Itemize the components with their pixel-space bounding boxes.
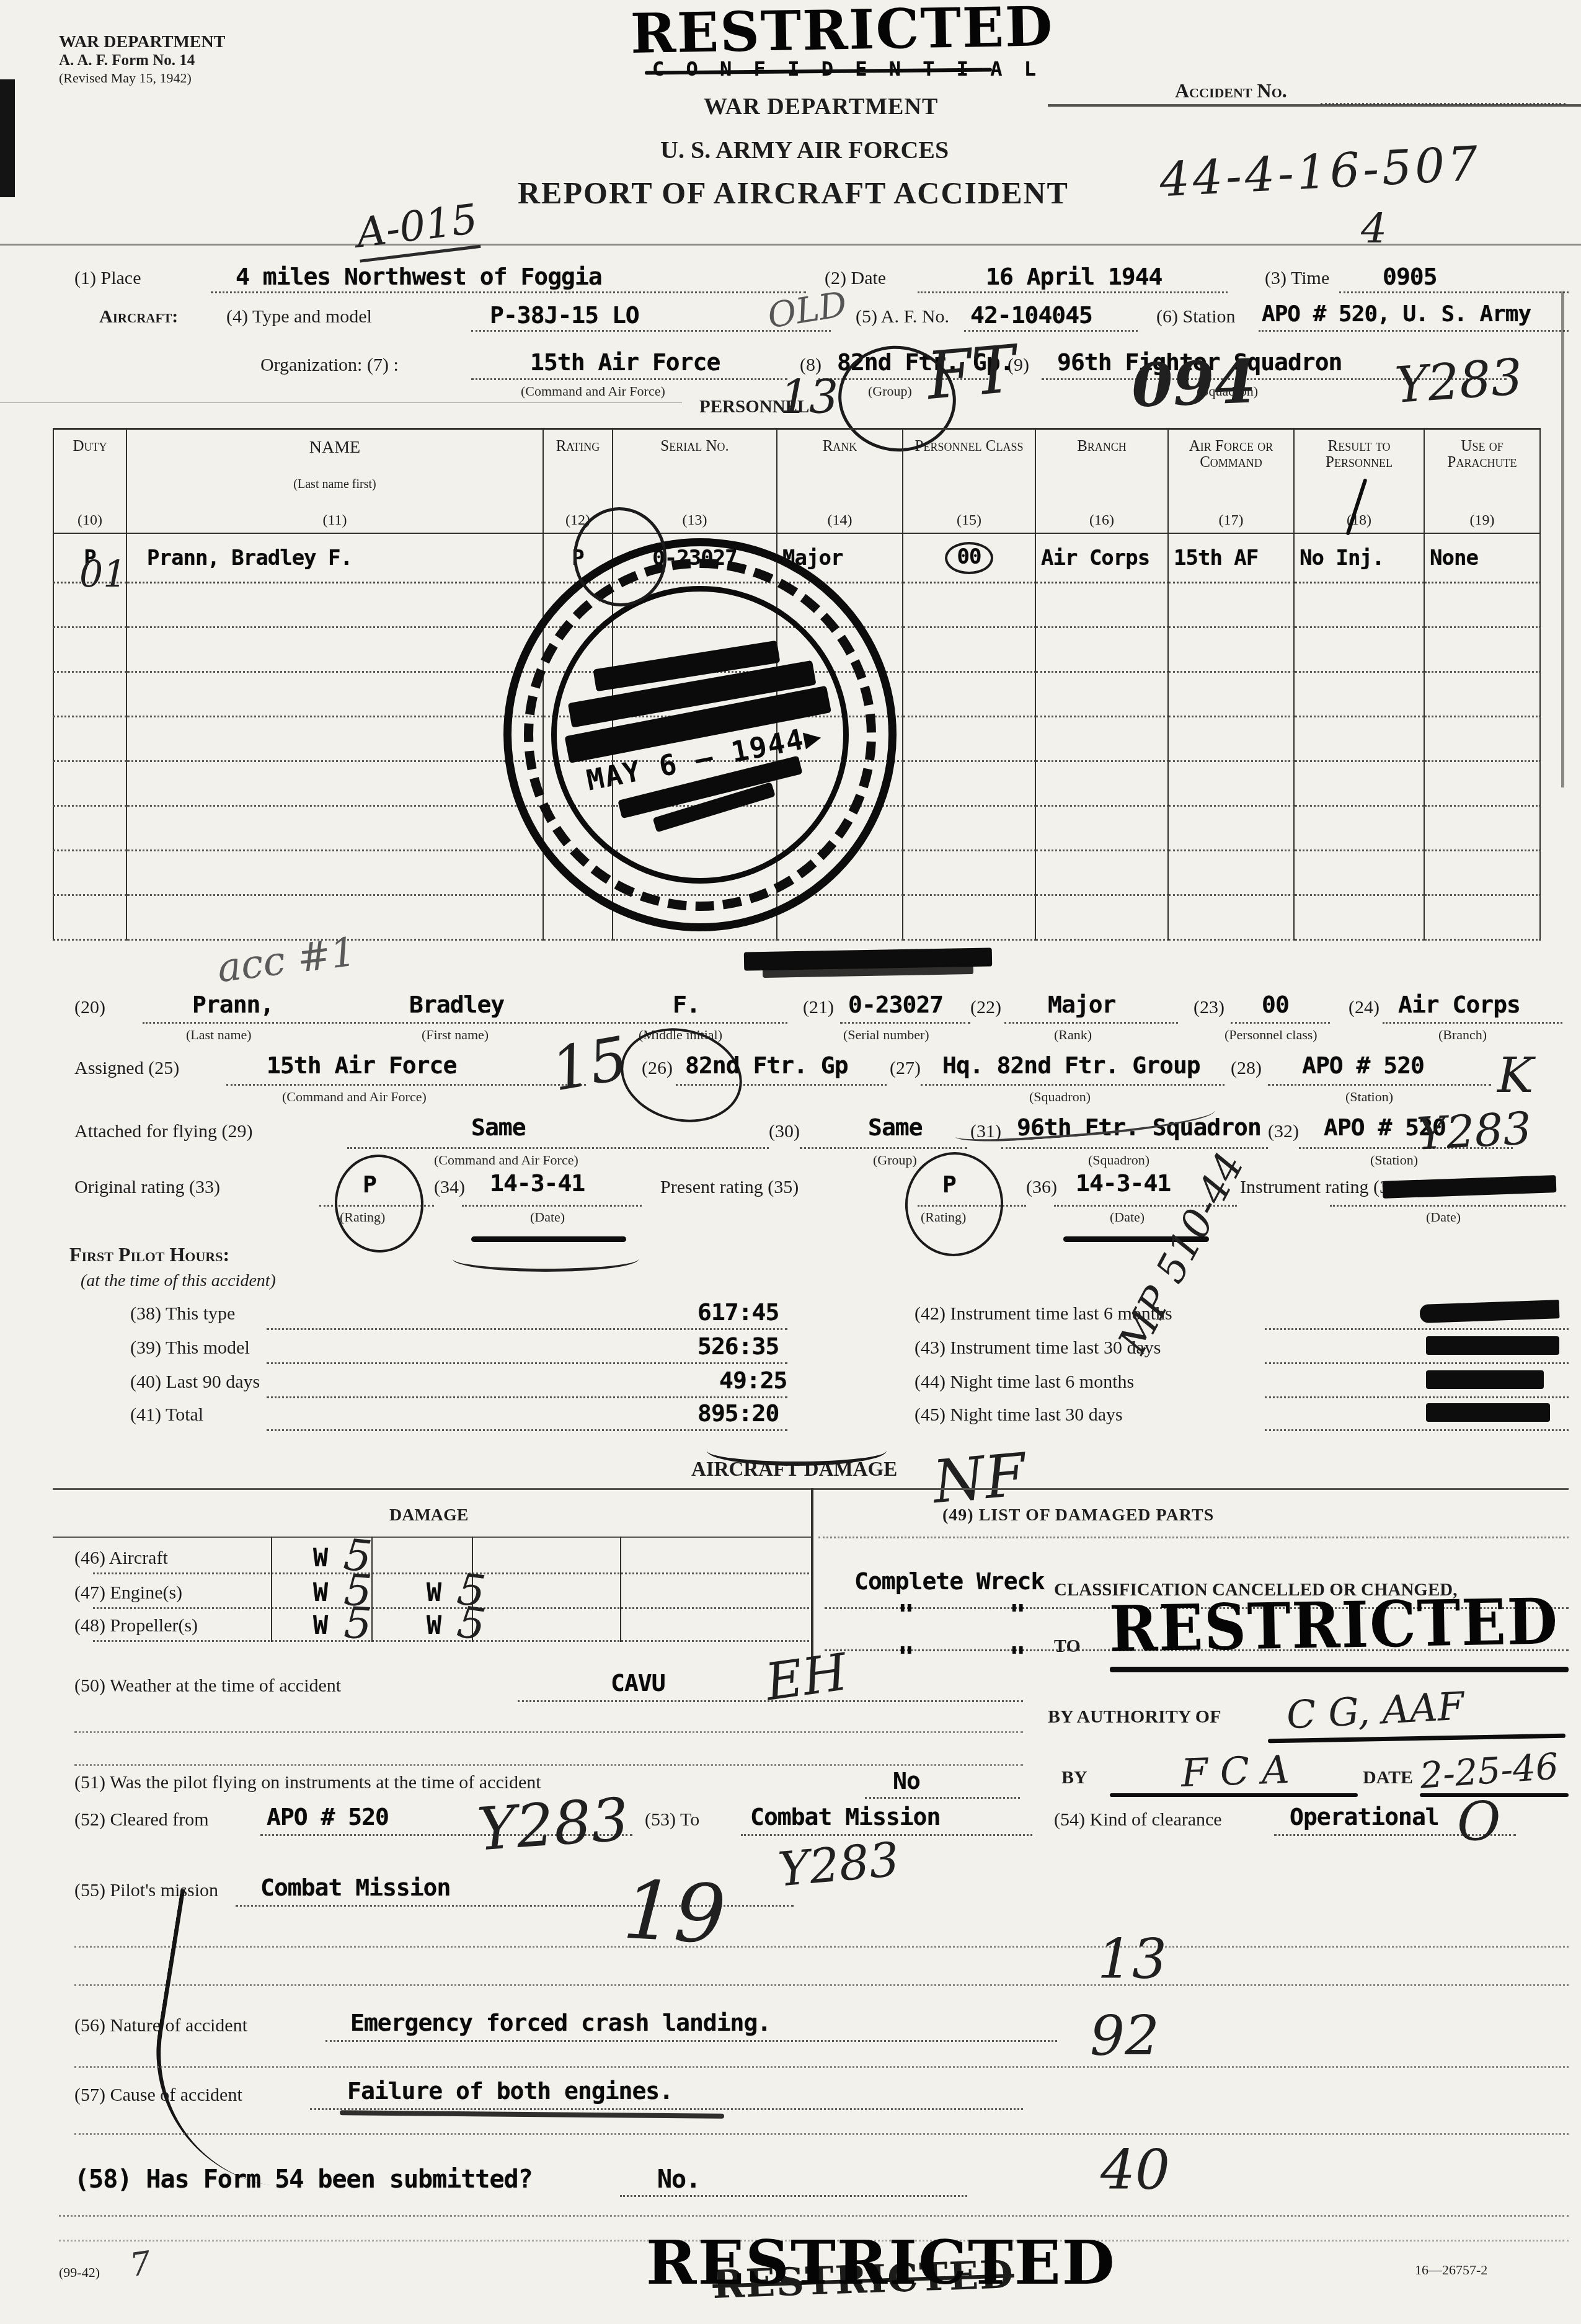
- dotted-line: [74, 1764, 1023, 1766]
- r45-label: (45) Night time last 30 days: [914, 1404, 1123, 1426]
- attached-value: Same: [471, 1114, 526, 1141]
- s20-first: Bradley: [409, 991, 504, 1018]
- footer-form-code: (99-42): [59, 2264, 100, 2281]
- dotted-line: [620, 2195, 967, 2197]
- assigned-label: Assigned (25): [74, 1058, 179, 1079]
- result-value: No Inj.: [1300, 546, 1384, 570]
- redaction-smear: [1383, 1175, 1557, 1199]
- dotted-line: [310, 2108, 1023, 2110]
- r48-w1: W: [313, 1612, 327, 1640]
- s21-serial-sub: (Serial number): [843, 1027, 929, 1043]
- form-no: A. A. F. Form No. 14: [59, 52, 225, 70]
- dotted-line: [1004, 1022, 1178, 1024]
- handwritten-a015: A-015: [353, 195, 480, 262]
- s37-date-sub: (Date): [1426, 1209, 1461, 1225]
- org-label: Organization: (7) :: [260, 355, 399, 376]
- by-label: BY: [1061, 1767, 1087, 1788]
- dotted-line: [93, 1640, 809, 1642]
- attached-label: Attached for flying (29): [74, 1121, 252, 1142]
- dotted-line: [93, 1572, 809, 1574]
- dotted-line: [1383, 1022, 1562, 1024]
- station-value: APO # 520, U. S. Army: [1262, 301, 1531, 327]
- dotted-line: [211, 291, 806, 293]
- s27-squadron-sub: (Squadron): [1029, 1089, 1091, 1105]
- form-dept: WAR DEPARTMENT: [59, 32, 225, 52]
- r41-value: 895:20: [697, 1399, 779, 1427]
- r39-value: 526:35: [697, 1333, 779, 1360]
- s24-branch-sub: (Branch): [1438, 1027, 1487, 1043]
- s26-num: (26): [642, 1058, 673, 1079]
- s36-date-sub: (Date): [1110, 1209, 1145, 1225]
- assigned-sub: (Command and Air Force): [282, 1089, 427, 1105]
- orig-rating-sub: (Rating): [340, 1209, 385, 1225]
- r55-value: Combat Mission: [260, 1874, 450, 1901]
- col-result: Result to Personnel: [1297, 438, 1421, 471]
- dotted-line: [267, 1362, 787, 1364]
- dotted-line: [462, 1205, 642, 1207]
- dotted-line: [1231, 1022, 1330, 1024]
- r48-w2: W: [427, 1612, 441, 1640]
- dotted-line: [471, 378, 787, 380]
- s28-station: APO # 520: [1302, 1052, 1424, 1079]
- type-label: (4) Type and model: [226, 306, 372, 327]
- aircraft-damage-caption: AIRCRAFT DAMAGE: [691, 1458, 897, 1481]
- s20-last: Prann,: [192, 991, 273, 1018]
- form-revision: (Revised May 15, 1942): [59, 70, 225, 86]
- aircraft-label: Aircraft:: [99, 306, 178, 327]
- dotted-line: [1330, 1205, 1565, 1207]
- dotted-line: [143, 1022, 787, 1024]
- dotted-line: [93, 1607, 809, 1609]
- dotted-line: [1265, 1362, 1569, 1364]
- r57-label: (57) Cause of accident: [74, 2085, 242, 2106]
- report-title: REPORT OF AIRCRAFT ACCIDENT: [518, 175, 1069, 211]
- present-rating-value: P: [942, 1171, 956, 1198]
- r39-label: (39) This model: [130, 1337, 250, 1359]
- pen-underline: [1110, 1667, 1569, 1672]
- dotted-line: [325, 2040, 1057, 2042]
- pen-underline: [471, 1236, 626, 1242]
- s23-pclass: 00: [1262, 991, 1289, 1018]
- date-label: DATE: [1363, 1767, 1413, 1788]
- s36-date: 14-3-41: [1076, 1169, 1171, 1197]
- dotted-line: [226, 1084, 586, 1086]
- ditto-mark: ": [898, 1600, 914, 1631]
- pclass-value: 00: [957, 544, 981, 569]
- s26-group: 82nd Ftr. Gp: [685, 1052, 848, 1079]
- instr-rating-label: Instrument rating (37): [1240, 1177, 1404, 1198]
- dotted-line: [347, 1147, 769, 1149]
- col-parachute: Use of Parachute: [1427, 438, 1537, 471]
- handwritten-y283-mid: Y283: [1415, 1102, 1533, 1160]
- s23-num: (23): [1193, 997, 1224, 1018]
- s24-num: (24): [1348, 997, 1379, 1018]
- s28-num: (28): [1231, 1058, 1262, 1079]
- afcmd-value: 15th AF: [1174, 546, 1258, 570]
- s23-pclass-sub: (Personnel class): [1224, 1027, 1317, 1043]
- org-value: 15th Air Force: [530, 348, 720, 376]
- parachute-value: None: [1430, 546, 1478, 570]
- pen-underline: [340, 2110, 724, 2118]
- org-sub: (Command and Air Force): [521, 383, 665, 399]
- r46-w: W: [313, 1544, 327, 1572]
- pen-underline-curve: [453, 1246, 639, 1272]
- handwritten-01: 01: [79, 553, 126, 597]
- present-rating-label: Present rating (35): [660, 1177, 799, 1198]
- assigned-value: 15th Air Force: [267, 1052, 456, 1079]
- s27-squadron: Hq. 82nd Ftr. Group: [942, 1052, 1200, 1079]
- s32-sub: (Station): [1370, 1152, 1418, 1168]
- r38-value: 617:45: [697, 1298, 779, 1326]
- s31-sub: (Squadron): [1088, 1152, 1149, 1168]
- handwritten-cg-aaf: C G, AAF: [1285, 1683, 1465, 1738]
- r50-value: CAVU: [611, 1669, 665, 1696]
- pen-underline: [1110, 1793, 1358, 1797]
- handwritten-four: 4: [1361, 205, 1387, 252]
- r40-value: 49:25: [719, 1367, 787, 1394]
- orig-rating-value: P: [363, 1171, 376, 1198]
- damage-header: DAMAGE: [389, 1506, 469, 1525]
- handwritten-094: 094: [1130, 347, 1257, 421]
- r52-label: (52) Cleared from: [74, 1809, 209, 1830]
- received-date-stamp: MAY 6 — 1944▶: [503, 538, 897, 931]
- dotted-line: [865, 1797, 1020, 1799]
- r38-label: (38) This type: [130, 1303, 235, 1324]
- present-rating-sub: (Rating): [921, 1209, 966, 1225]
- restricted-stamp-classification: RESTRICTED: [1109, 1584, 1559, 1667]
- handwritten-y283-top: Y283: [1393, 348, 1525, 414]
- r50-label: (50) Weather at the time of accident: [74, 1675, 341, 1696]
- col-branch: Branch: [1077, 438, 1127, 455]
- dotted-line: [267, 1396, 787, 1398]
- accident-no-line: [1321, 103, 1565, 105]
- dotted-line: [74, 2066, 1569, 2068]
- complete-wreck: Complete Wreck: [854, 1568, 1044, 1595]
- s34-num: (34): [434, 1177, 465, 1198]
- s34-date-sub: (Date): [530, 1209, 565, 1225]
- place-label: (1) Place: [74, 268, 141, 289]
- time-label: (3) Time: [1265, 268, 1329, 289]
- parts-header: (49) LIST OF DAMAGED PARTS: [942, 1506, 1214, 1525]
- station-label: (6) Station: [1156, 306, 1236, 327]
- handwritten-5: 5: [343, 1597, 373, 1649]
- r48-label: (48) Propeller(s): [74, 1615, 198, 1636]
- to-label: TO: [1054, 1636, 1081, 1657]
- dotted-line: [1001, 1147, 1268, 1149]
- dotted-line: [800, 1147, 967, 1149]
- footer-print-code: 16—26757-2: [1415, 2262, 1487, 2278]
- rule: [53, 1537, 811, 1538]
- s20-first-sub: (First name): [422, 1027, 489, 1043]
- r51-value: No: [893, 1767, 920, 1794]
- dotted-line: [74, 2133, 1569, 2135]
- pen-circle: [332, 1151, 427, 1256]
- r47-label: (47) Engine(s): [74, 1582, 182, 1603]
- col-rating: Rating: [556, 438, 600, 455]
- form-number-block: WAR DEPARTMENT A. A. F. Form No. 14 (Rev…: [59, 32, 225, 86]
- afno-value: 42-104045: [970, 301, 1092, 329]
- date-value: 16 April 1944: [986, 263, 1162, 290]
- ditto-mark: ": [898, 1642, 914, 1674]
- s30-num: (30): [769, 1121, 800, 1142]
- handwritten-date: 2-25-46: [1419, 1745, 1560, 1796]
- r41-label: (41) Total: [130, 1404, 203, 1426]
- handwritten-40: 40: [1100, 2138, 1170, 2202]
- dotted-line: [1265, 1328, 1569, 1330]
- s34-date: 14-3-41: [490, 1169, 585, 1197]
- s22-rank: Major: [1048, 991, 1115, 1018]
- r56-value: Emergency forced crash landing.: [350, 2009, 771, 2036]
- handwritten-15: 15: [546, 1023, 633, 1105]
- scan-line: [0, 402, 682, 403]
- r52-value: APO # 520: [267, 1803, 389, 1830]
- dotted-line: [840, 1022, 970, 1024]
- redaction-smear: [1426, 1370, 1544, 1389]
- fph-title: First Pilot Hours:: [69, 1243, 229, 1266]
- restricted-stamp-bottom-echo: RESTRICTED: [712, 2251, 1015, 2307]
- r47-w2: W: [427, 1579, 441, 1607]
- col-duty: Duty: [73, 438, 107, 455]
- handwritten-eh: EH: [762, 1643, 851, 1712]
- scan-edge-line: [1561, 291, 1564, 787]
- usaaf-title: U. S. ARMY AIR FORCES: [660, 135, 949, 164]
- s30-sub: (Group): [873, 1152, 917, 1168]
- s22-num: (22): [970, 997, 1001, 1018]
- fph-subtitle: (at the time of this accident): [81, 1271, 276, 1291]
- col-pclass: Personnel Class: [915, 438, 1024, 455]
- dotted-line: [267, 1328, 787, 1330]
- r54-label: (54) Kind of clearance: [1054, 1809, 1222, 1830]
- pen-stroke: [137, 1889, 314, 2185]
- s24-branch: Air Corps: [1398, 991, 1520, 1018]
- personnel-table-header: Duty(10) NAME(Last name first)(11) Ratin…: [53, 430, 1541, 534]
- handwritten-o: O: [1457, 1791, 1501, 1853]
- ditto-mark: ": [1009, 1642, 1025, 1674]
- handwritten-accident-no: 44-4-16-507: [1158, 135, 1482, 207]
- redaction-smear: [1426, 1403, 1550, 1422]
- handwritten-13: 13: [780, 371, 838, 424]
- handwritten-k: K: [1497, 1048, 1533, 1104]
- type-value: P-38J-15 LO: [490, 301, 639, 329]
- col-afcmd: Air Force or Command: [1171, 438, 1291, 471]
- dotted-line: [1265, 1429, 1569, 1431]
- scanned-accident-report: WAR DEPARTMENT A. A. F. Form No. 14 (Rev…: [0, 0, 1581, 2324]
- r54-value: Operational: [1290, 1803, 1439, 1830]
- time-value: 0905: [1383, 263, 1437, 290]
- restricted-stamp-top: RESTRICTED: [630, 0, 1054, 66]
- s21-num: (21): [803, 997, 834, 1018]
- r51-label: (51) Was the pilot flying on instruments…: [74, 1772, 541, 1793]
- name-value: Prann, Bradley F.: [132, 546, 352, 570]
- afno-label: (5) A. F. No.: [856, 306, 949, 327]
- dotted-line: [1265, 1396, 1569, 1398]
- cell-line: [620, 1537, 621, 1642]
- s22-rank-sub: (Rank): [1054, 1027, 1092, 1043]
- branch-value: Air Corps: [1041, 546, 1149, 570]
- handwritten-fca: F C A: [1180, 1747, 1290, 1796]
- dotted-line: [918, 291, 1228, 293]
- dotted-line: [964, 330, 1138, 332]
- dotted-line: [1259, 330, 1569, 332]
- scan-edge-blotch: [0, 79, 15, 197]
- pen-mark: 7: [128, 2245, 153, 2284]
- s36-num: (36): [1026, 1177, 1057, 1198]
- r44-label: (44) Night time last 6 months: [914, 1372, 1134, 1393]
- war-department-title: WAR DEPARTMENT: [704, 93, 938, 120]
- dotted-line: [267, 1429, 787, 1431]
- r53-value: Combat Mission: [750, 1803, 940, 1830]
- redaction-smear: [1420, 1300, 1560, 1323]
- r47-w1: W: [313, 1579, 327, 1607]
- col-name: NAME: [309, 438, 360, 456]
- dotted-line: [59, 2215, 1569, 2217]
- s20-last-sub: (Last name): [186, 1027, 252, 1043]
- r57-value: Failure of both engines.: [347, 2077, 673, 2104]
- s20-num: (20): [74, 997, 105, 1018]
- cell-line: [271, 1537, 272, 1642]
- r58-value: No.: [657, 2165, 700, 2194]
- scan-line: [0, 244, 1581, 246]
- s27-num: (27): [890, 1058, 921, 1079]
- handwritten-y283: Y283: [475, 1786, 631, 1865]
- dotted-line: [921, 1084, 1224, 1086]
- s28-station-sub: (Station): [1345, 1089, 1393, 1105]
- orig-rating-label: Original rating (33): [74, 1177, 220, 1198]
- handwritten-13: 13: [1097, 1927, 1167, 1991]
- r53-label: (53) To: [645, 1809, 699, 1830]
- s20-mi: F.: [673, 991, 700, 1018]
- col-rank: Rank: [823, 438, 857, 455]
- dotted-line: [74, 1731, 1023, 1733]
- attached-sub: (Command and Air Force): [434, 1152, 578, 1168]
- dotted-line: [1268, 1084, 1491, 1086]
- s32-num: (32): [1268, 1121, 1299, 1142]
- r58-label: (58) Has Form 54 been submitted?: [74, 2165, 533, 2194]
- by-authority-label: BY AUTHORITY OF: [1048, 1706, 1221, 1727]
- handwritten-92: 92: [1090, 2004, 1159, 2068]
- r46-label: (46) Aircraft: [74, 1548, 168, 1569]
- dotted-line: [818, 1537, 1569, 1538]
- handwritten-y283-2: Y283: [776, 1832, 901, 1897]
- pen-circle: 00: [945, 542, 994, 574]
- ditto-mark: ": [1009, 1600, 1025, 1631]
- accident-no-label: Accident No.: [1175, 79, 1287, 102]
- col-serial: Serial No.: [660, 438, 728, 455]
- s21-serial: 0-23027: [848, 991, 943, 1018]
- place-value: 4 miles Northwest of Foggia: [236, 263, 602, 290]
- s30-value: Same: [868, 1114, 923, 1141]
- dotted-line: [1339, 291, 1569, 293]
- redaction-smear: [1426, 1336, 1559, 1355]
- r40-label: (40) Last 90 days: [130, 1372, 260, 1393]
